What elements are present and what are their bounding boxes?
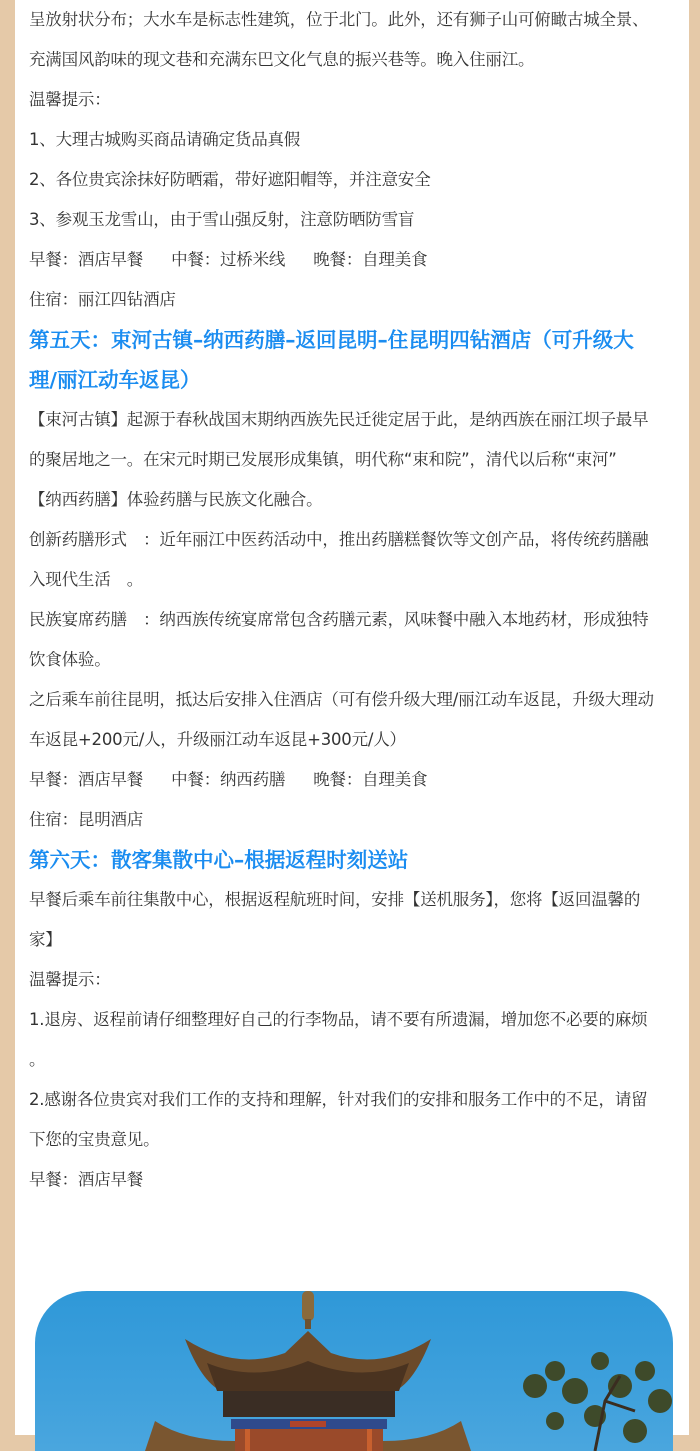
day4-hotel: 住宿：丽江四钻酒店 — [29, 280, 679, 320]
day6-tip-line: 下您的宝贵意见。 — [29, 1120, 679, 1160]
day4-tip: 2、各位贵宾涂抹好防晒霜，带好遮阳帽等，并注意安全 — [29, 160, 679, 200]
day5-paragraph-line: 民族宴席药膳 ：纳西族传统宴席常包含药膳元素，风味餐中融入本地药材，形成独特 — [29, 600, 679, 640]
day6-paragraph-line: 早餐后乘车前往集散中心，根据返程航班时间，安排【送机服务】，您将【返回温馨的 — [29, 880, 679, 920]
day6-paragraph-line: 家】 — [29, 920, 679, 960]
day6-tip-line: 2.感谢各位贵宾对我们工作的支持和理解，针对我们的安排和服务工作中的不足，请留 — [29, 1080, 679, 1120]
day6-title: 第六天：散客集散中心–根据返程时刻送站 — [29, 840, 679, 880]
day6-tips-title: 温馨提示： — [29, 960, 679, 1000]
lunch-text: 中餐：过桥米线 — [171, 250, 285, 269]
dinner-text: 晚餐：自理美食 — [313, 770, 427, 789]
day5-title-cont: 理/丽江动车返昆） — [29, 360, 679, 400]
day5-paragraph-line: 创新药膳形式 ：近年丽江中医药活动中，推出药膳糕餐饮等文创产品，将传统药膳融 — [29, 520, 679, 560]
day6-tip-line: 。 — [29, 1040, 679, 1080]
day5-paragraph-line: 饮食体验。 — [29, 640, 679, 680]
day4-meals: 早餐：酒店早餐中餐：过桥米线晚餐：自理美食 — [29, 240, 679, 280]
day5-paragraph-line: 【束河古镇】起源于春秋战国末期纳西族先民迁徙定居于此，是纳西族在丽江坝子最早 — [29, 400, 679, 440]
day5-paragraph-line: 入现代生活 。 — [29, 560, 679, 600]
pagoda-illustration-icon — [35, 1291, 673, 1435]
dinner-text: 晚餐：自理美食 — [313, 250, 427, 269]
day4-paragraph-line: 充满国风韵味的现文巷和充满东巴文化气息的振兴巷等。晚入住丽江。 — [29, 40, 679, 80]
day5-paragraph-line: 【纳西药膳】体验药膳与民族文化融合。 — [29, 480, 679, 520]
day6-meals: 早餐：酒店早餐 — [29, 1160, 679, 1200]
day4-tips-title: 温馨提示： — [29, 80, 679, 120]
breakfast-text: 早餐：酒店早餐 — [29, 250, 143, 269]
day5-paragraph-line: 车返昆+200元/人，升级丽江动车返昆+300元/人） — [29, 720, 679, 760]
breakfast-text: 早餐：酒店早餐 — [29, 770, 143, 789]
breakfast-text: 早餐：酒店早餐 — [29, 1170, 143, 1189]
day4-paragraph-line: 呈放射状分布；大水车是标志性建筑，位于北门。此外，还有狮子山可俯瞰古城全景、 — [29, 0, 679, 40]
day6-tip-line: 1.退房、返程前请仔细整理好自己的行李物品，请不要有所遗漏，增加您不必要的麻烦 — [29, 1000, 679, 1040]
day4-tip: 1、大理古城购买商品请确定货品真假 — [29, 120, 679, 160]
day4-tip: 3、参观玉龙雪山，由于雪山强反射，注意防晒防雪盲 — [29, 200, 679, 240]
itinerary-card: 呈放射状分布；大水车是标志性建筑，位于北门。此外，还有狮子山可俯瞰古城全景、 充… — [15, 0, 689, 1435]
day5-paragraph-line: 的聚居地之一。在宋元时期已发展形成集镇，明代称“束和院”，清代以后称“束河” — [29, 440, 679, 480]
itinerary-content: 呈放射状分布；大水车是标志性建筑，位于北门。此外，还有狮子山可俯瞰古城全景、 充… — [29, 0, 679, 1200]
day5-title: 第五天：束河古镇–纳西药膳–返回昆明–住昆明四钻酒店（可升级大 — [29, 320, 679, 360]
day5-paragraph-line: 之后乘车前往昆明，抵达后安排入住酒店（可有偿升级大理/丽江动车返昆，升级大理动 — [29, 680, 679, 720]
lunch-text: 中餐：纳西药膳 — [171, 770, 285, 789]
day5-hotel: 住宿：昆明酒店 — [29, 800, 679, 840]
day5-meals: 早餐：酒店早餐中餐：纳西药膳晚餐：自理美食 — [29, 760, 679, 800]
pagoda-photo — [35, 1291, 673, 1435]
